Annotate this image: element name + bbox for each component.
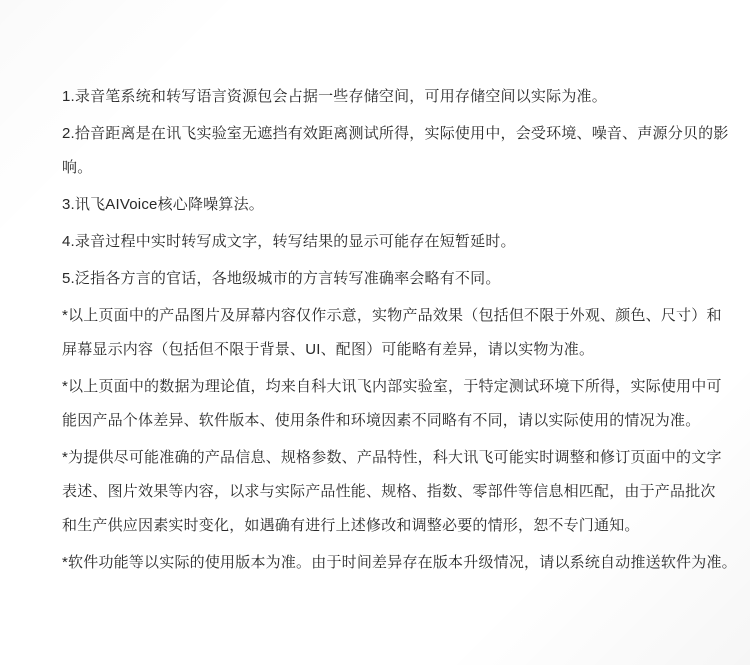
- disclaimer-paragraph-7: *以上页面中的数据为理论值，均来自科大讯飞内部实验室，于特定测试环境下所得，实际…: [62, 370, 692, 438]
- disclaimer-paragraph-1: 1.录音笔系统和转写语言资源包会占据一些存储空间，可用存储空间以实际为准。: [62, 80, 692, 114]
- disclaimer-line: *以上页面中的产品图片及屏幕内容仅作示意，实物产品效果（包括但不限于外观、颜色、…: [62, 299, 692, 333]
- disclaimer-line: 和生产供应因素实时变化，如遇确有进行上述修改和调整必要的情形，恕不专门通知。: [62, 509, 692, 543]
- disclaimer-line: 响。: [62, 151, 692, 185]
- disclaimer-line: 5.泛指各方言的官话，各地级城市的方言转写准确率会略有不同。: [62, 262, 692, 296]
- disclaimer-line: *为提供尽可能准确的产品信息、规格参数、产品特性，科大讯飞可能实时调整和修订页面…: [62, 441, 692, 475]
- disclaimer-paragraph-8: *为提供尽可能准确的产品信息、规格参数、产品特性，科大讯飞可能实时调整和修订页面…: [62, 441, 692, 543]
- disclaimer-paragraph-4: 4.录音过程中实时转写成文字，转写结果的显示可能存在短暂延时。: [62, 225, 692, 259]
- disclaimer-line: *以上页面中的数据为理论值，均来自科大讯飞内部实验室，于特定测试环境下所得，实际…: [62, 370, 692, 404]
- disclaimer-paragraph-3: 3.讯飞AIVoice核心降噪算法。: [62, 188, 692, 222]
- disclaimer-line: 4.录音过程中实时转写成文字，转写结果的显示可能存在短暂延时。: [62, 225, 692, 259]
- disclaimer-notes: 1.录音笔系统和转写语言资源包会占据一些存储空间，可用存储空间以实际为准。 2.…: [62, 80, 692, 583]
- disclaimer-paragraph-2: 2.拾音距离是在讯飞实验室无遮挡有效距离测试所得，实际使用中，会受环境、噪音、声…: [62, 117, 692, 185]
- disclaimer-line: 能因产品个体差异、软件版本、使用条件和环境因素不同略有不同，请以实际使用的情况为…: [62, 404, 692, 438]
- disclaimer-paragraph-9: *软件功能等以实际的使用版本为准。由于时间差异存在版本升级情况，请以系统自动推送…: [62, 546, 692, 580]
- disclaimer-line: 2.拾音距离是在讯飞实验室无遮挡有效距离测试所得，实际使用中，会受环境、噪音、声…: [62, 117, 692, 151]
- page-body: { "page": { "background_color": "#ffffff…: [0, 0, 750, 665]
- disclaimer-line: 3.讯飞AIVoice核心降噪算法。: [62, 188, 692, 222]
- disclaimer-line: 表述、图片效果等内容，以求与实际产品性能、规格、指数、零部件等信息相匹配，由于产…: [62, 475, 692, 509]
- disclaimer-line: 屏幕显示内容（包括但不限于背景、UI、配图）可能略有差异，请以实物为准。: [62, 333, 692, 367]
- disclaimer-line: 1.录音笔系统和转写语言资源包会占据一些存储空间，可用存储空间以实际为准。: [62, 88, 607, 105]
- disclaimer-page: 1.录音笔系统和转写语言资源包会占据一些存储空间，可用存储空间以实际为准。 2.…: [0, 0, 750, 665]
- disclaimer-paragraph-5: 5.泛指各方言的官话，各地级城市的方言转写准确率会略有不同。: [62, 262, 692, 296]
- disclaimer-line: *软件功能等以实际的使用版本为准。由于时间差异存在版本升级情况，请以系统自动推送…: [62, 546, 692, 580]
- disclaimer-paragraph-6: *以上页面中的产品图片及屏幕内容仅作示意，实物产品效果（包括但不限于外观、颜色、…: [62, 299, 692, 367]
